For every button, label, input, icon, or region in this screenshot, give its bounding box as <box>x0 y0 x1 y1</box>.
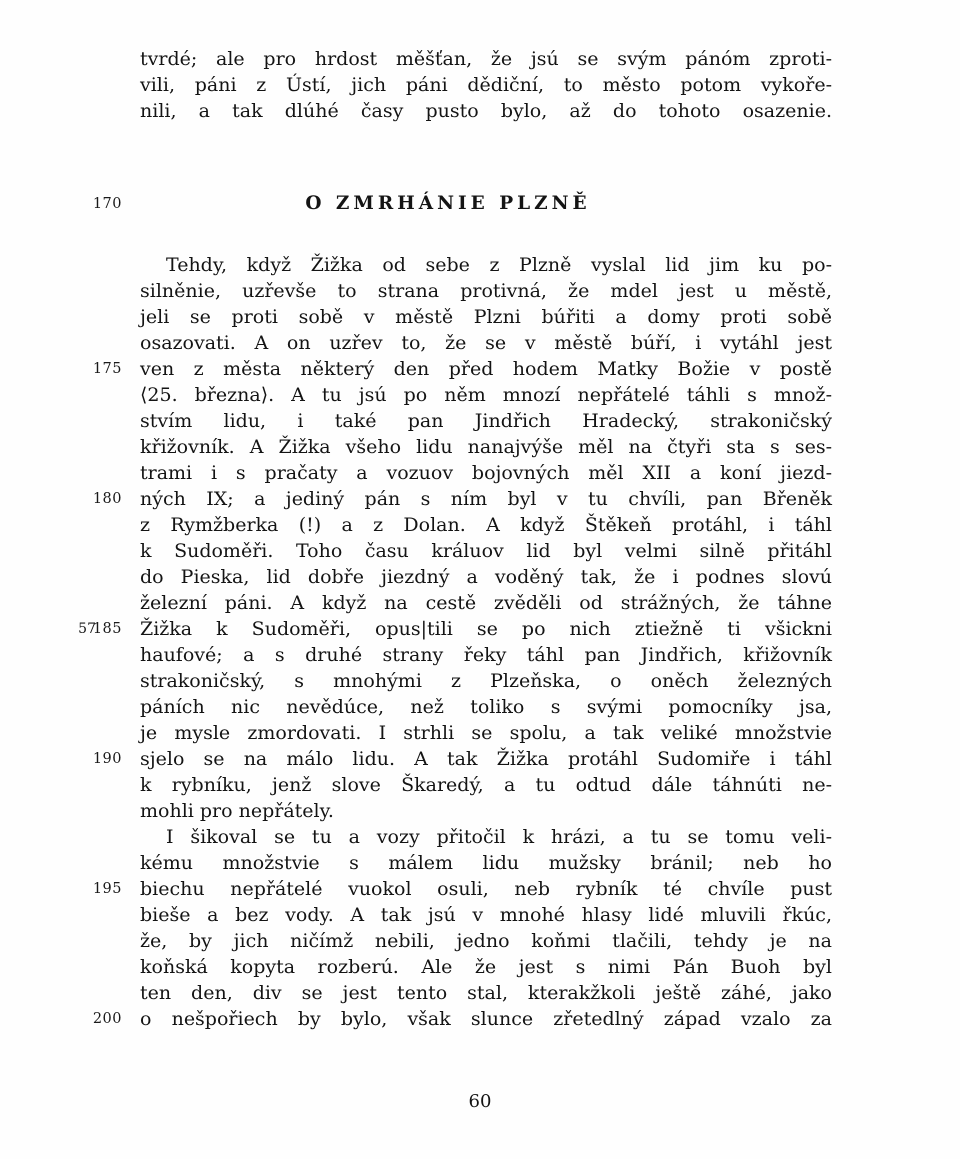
text-line: haufové; a s druhé strany řeky táhl pan … <box>140 642 832 668</box>
margin-line-number: 200 <box>84 1006 122 1032</box>
line-text: strakoničský, s mnohými z Plzeňska, o on… <box>140 668 832 694</box>
line-text: osazovati. A on uzřev to, že se v městě … <box>140 330 832 356</box>
text-line: k rybníku, jenž slove Škaredý, a tu odtu… <box>140 772 832 798</box>
text-line: 190 sjelo se na málo lidu. A tak Žižka p… <box>140 746 832 772</box>
line-text: haufové; a s druhé strany řeky táhl pan … <box>140 642 832 668</box>
text-line: nili, a tak dlúhé časy pusto bylo, až do… <box>140 98 832 124</box>
text-line: je mysle zmordovati. I strhli se spolu, … <box>140 720 832 746</box>
text-block: tvrdé; ale pro hrdost měšťan, že jsú se … <box>140 46 832 1032</box>
line-text: tvrdé; ale pro hrdost měšťan, že jsú se … <box>140 46 832 72</box>
text-line: 195 biechu nepřátelé vuokol osuli, neb r… <box>140 876 832 902</box>
book-page: tvrdé; ale pro hrdost měšťan, že jsú se … <box>0 0 960 1159</box>
text-line: strakoničský, s mnohými z Plzeňska, o on… <box>140 668 832 694</box>
line-text: křižovník. A Žižka všeho lidu nanajvýše … <box>140 434 832 460</box>
line-text: jeli se proti sobě v městě Plzni búřiti … <box>140 304 832 330</box>
line-text: ven z města některý den před hodem Matky… <box>140 356 832 382</box>
line-text: páních nic nevědúce, než toliko s svými … <box>140 694 832 720</box>
margin-line-number: 175 <box>84 356 122 382</box>
text-line: stvím lidu, i také pan Jindřich Hradecký… <box>140 408 832 434</box>
line-text: k Sudoměři. Toho času králuov lid byl ve… <box>140 538 832 564</box>
chapter-heading: O ZMRHÁNIE PLZNĚ <box>102 191 794 217</box>
line-text: trami i s pračaty a vozuov bojovných měl… <box>140 460 832 486</box>
line-text: Žižka k Sudoměři, opus|tili se po nich z… <box>140 616 832 642</box>
line-text: koňská kopyta rozberú. Ale že jest s nim… <box>140 954 832 980</box>
text-line: 57 185 Žižka k Sudoměři, opus|tili se po… <box>140 616 832 642</box>
line-text: že, by jich ničímž nebili, jedno koňmi t… <box>140 928 832 954</box>
text-line: páních nic nevědúce, než toliko s svými … <box>140 694 832 720</box>
line-text: bieše a bez vody. A tak jsú v mnohé hlas… <box>140 902 832 928</box>
page-number: 60 <box>0 1089 960 1115</box>
line-text: z Rymžberka (!) a z Dolan. A když Štěkeň… <box>140 512 832 538</box>
text-line: osazovati. A on uzřev to, že se v městě … <box>140 330 832 356</box>
text-line: I šikoval se tu a vozy přitočil k hrázi,… <box>140 824 832 850</box>
line-text: je mysle zmordovati. I strhli se spolu, … <box>140 720 832 746</box>
text-line: mohli pro nepřátely. <box>140 798 832 824</box>
line-text: silněnie, uzřevše to strana protivná, že… <box>140 278 832 304</box>
line-text: I šikoval se tu a vozy přitočil k hrázi,… <box>140 824 832 850</box>
text-line: 200 o nešpořiech by bylo, však slunce zř… <box>140 1006 832 1032</box>
text-line: vili, páni z Ústí, jich páni dědiční, to… <box>140 72 832 98</box>
text-line: ten den, div se jest tento stal, kterakž… <box>140 980 832 1006</box>
line-text: biechu nepřátelé vuokol osuli, neb rybní… <box>140 876 832 902</box>
text-line: jeli se proti sobě v městě Plzni búřiti … <box>140 304 832 330</box>
line-text: kému množstvie s málem lidu mužsky bráni… <box>140 850 832 876</box>
text-line: trami i s pračaty a vozuov bojovných měl… <box>140 460 832 486</box>
text-line: kému množstvie s málem lidu mužsky bráni… <box>140 850 832 876</box>
line-text: Tehdy, když Žižka od sebe z Plzně vyslal… <box>140 252 832 278</box>
text-line: tvrdé; ale pro hrdost měšťan, že jsú se … <box>140 46 832 72</box>
line-text: o nešpořiech by bylo, však slunce zřeted… <box>140 1006 832 1032</box>
line-text: stvím lidu, i také pan Jindřich Hradecký… <box>140 408 832 434</box>
line-text: ⟨25. března⟩. A tu jsú po něm mnozí nepř… <box>140 382 832 408</box>
line-text: nili, a tak dlúhé časy pusto bylo, až do… <box>140 98 832 124</box>
line-text: ten den, div se jest tento stal, kterakž… <box>140 980 832 1006</box>
text-line: k Sudoměři. Toho času králuov lid byl ve… <box>140 538 832 564</box>
text-line: do Pieska, lid dobře jiezdný a voděný ta… <box>140 564 832 590</box>
margin-line-number: 185 <box>84 616 122 642</box>
text-line: železní páni. A když na cestě zvěděli od… <box>140 590 832 616</box>
text-line: 180 ných IX; a jediný pán s ním byl v tu… <box>140 486 832 512</box>
line-text: vili, páni z Ústí, jich páni dědiční, to… <box>140 72 832 98</box>
margin-line-number: 195 <box>84 876 122 902</box>
margin-line-number: 190 <box>84 746 122 772</box>
margin-line-number: 180 <box>84 486 122 512</box>
text-line: bieše a bez vody. A tak jsú v mnohé hlas… <box>140 902 832 928</box>
line-text: do Pieska, lid dobře jiezdný a voděný ta… <box>140 564 832 590</box>
text-line: silněnie, uzřevše to strana protivná, že… <box>140 278 832 304</box>
text-line: koňská kopyta rozberú. Ale že jest s nim… <box>140 954 832 980</box>
line-text: železní páni. A když na cestě zvěděli od… <box>140 590 832 616</box>
line-text: mohli pro nepřátely. <box>140 798 832 824</box>
text-line: křižovník. A Žižka všeho lidu nanajvýše … <box>140 434 832 460</box>
text-line: 175 ven z města některý den před hodem M… <box>140 356 832 382</box>
line-text: k rybníku, jenž slove Škaredý, a tu odtu… <box>140 772 832 798</box>
text-line: Tehdy, když Žižka od sebe z Plzně vyslal… <box>140 252 832 278</box>
text-line: ⟨25. března⟩. A tu jsú po něm mnozí nepř… <box>140 382 832 408</box>
line-text: ných IX; a jediný pán s ním byl v tu chv… <box>140 486 832 512</box>
text-line: že, by jich ničímž nebili, jedno koňmi t… <box>140 928 832 954</box>
line-text: sjelo se na málo lidu. A tak Žižka protá… <box>140 746 832 772</box>
chapter-heading-row: 170 O ZMRHÁNIE PLZNĚ <box>140 191 832 217</box>
text-line: z Rymžberka (!) a z Dolan. A když Štěkeň… <box>140 512 832 538</box>
